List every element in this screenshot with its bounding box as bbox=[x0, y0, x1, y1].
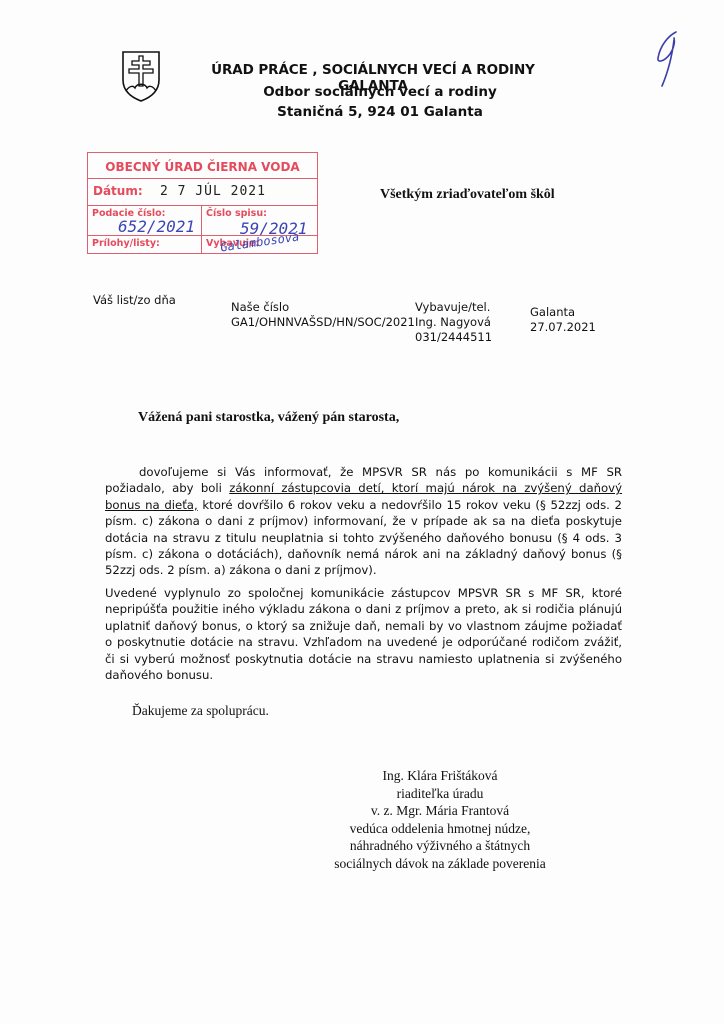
stamp-prilohy-label: Prílohy/listy: bbox=[92, 238, 160, 249]
stamp-title: OBECNÝ ÚRAD ČIERNA VODA bbox=[88, 160, 317, 174]
office-address: Staničná 5, 924 01 Galanta bbox=[190, 104, 570, 120]
our-number-block: Naše číslo GA1/OHNNVAŠSD/HN/SOC/2021 bbox=[231, 300, 415, 330]
body-paragraph-1: dovoľujeme si Vás informovať, že MPSVR S… bbox=[105, 464, 622, 579]
handler-block: Vybavuje/tel. Ing. Nagyová 031/2444511 bbox=[415, 300, 492, 345]
our-number-label: Naše číslo bbox=[231, 300, 415, 315]
handler-name: Ing. Nagyová bbox=[415, 315, 492, 330]
signatory-name: Ing. Klára Frištáková bbox=[308, 767, 572, 785]
deputy-title-1: vedúca oddelenia hmotnej núdze, bbox=[308, 820, 572, 838]
deputy-name: v. z. Mgr. Mária Frantová bbox=[308, 802, 572, 820]
stamp-spis-label: Číslo spisu: bbox=[206, 208, 267, 219]
place: Galanta bbox=[530, 305, 596, 320]
deputy-title-2: náhradného výživného a štátnych bbox=[308, 837, 572, 855]
signatory-title: riaditeľka úradu bbox=[308, 785, 572, 803]
slovak-coat-of-arms-icon bbox=[121, 50, 161, 102]
stamp-date-label: Dátum: bbox=[93, 184, 143, 198]
letter-date: 27.07.2021 bbox=[530, 320, 596, 335]
handwritten-initial-mark bbox=[648, 28, 698, 88]
signature-block: Ing. Klára Frištáková riaditeľka úradu v… bbox=[308, 767, 572, 873]
deputy-title-3: sociálnych dávok na základe poverenia bbox=[308, 855, 572, 873]
place-date-block: Galanta 27.07.2021 bbox=[530, 305, 596, 335]
closing: Ďakujeme za spoluprácu. bbox=[132, 703, 269, 719]
handler-phone: 031/2444511 bbox=[415, 330, 492, 345]
your-letter-label: Váš list/zo dňa bbox=[93, 293, 176, 308]
stamp-date-value: 2 7 JÚL 2021 bbox=[160, 184, 266, 199]
stamp-podacie-value: 652/2021 bbox=[118, 217, 195, 236]
registry-stamp: OBECNÝ ÚRAD ČIERNA VODA Dátum: 2 7 JÚL 2… bbox=[87, 152, 318, 254]
body-paragraph-2: Uvedené vyplynulo zo spoločnej komunikác… bbox=[105, 585, 622, 683]
addressee: Všetkým zriaďovateľom škôl bbox=[380, 187, 555, 203]
handler-label: Vybavuje/tel. bbox=[415, 300, 492, 315]
department-name: Odbor sociálnych vecí a rodiny bbox=[190, 84, 570, 100]
our-number-value: GA1/OHNNVAŠSD/HN/SOC/2021 bbox=[231, 315, 415, 330]
salutation: Vážená pani starostka, vážený pán staros… bbox=[138, 410, 399, 426]
